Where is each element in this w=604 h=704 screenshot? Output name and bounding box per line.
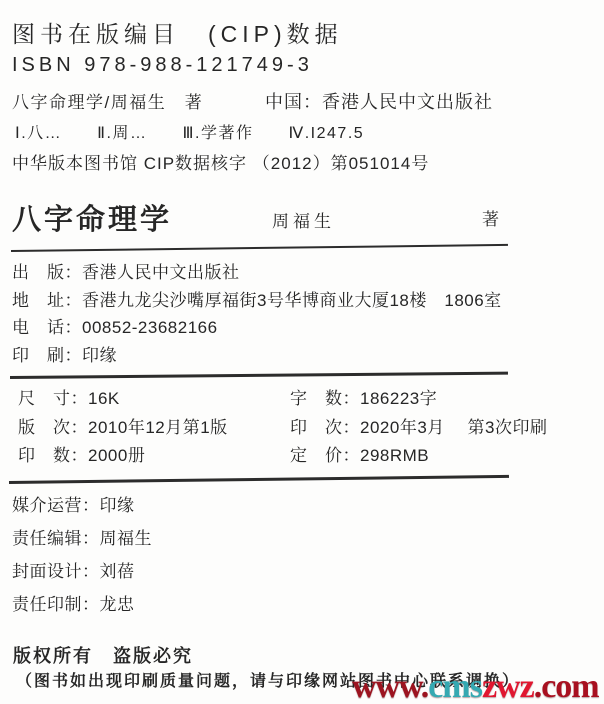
site-watermark: www.cmszwz.com <box>352 670 599 704</box>
cip-heading: 图书在版编目 (CIP)数据 <box>12 16 343 49</box>
watermark-segment: cms <box>428 668 482 704</box>
row-value: 186223字 <box>360 389 437 408</box>
row-label: 印 刷： <box>12 346 82 365</box>
row-value: 刘蓓 <box>100 562 135 581</box>
cip-book-line: 八字命理学/周福生 著 中国：香港人民中文出版社 <box>12 88 604 110</box>
size-row: 尺 寸：16K <box>18 385 228 414</box>
printer-row: 印 刷：印缘 <box>12 342 502 370</box>
print-supervisor-row: 责任印制：龙忠 <box>12 588 152 621</box>
copyright-notice: 版权所有 盗版必究 <box>13 642 193 668</box>
watermark-segment: .com <box>534 668 599 704</box>
row-label: 印 次： <box>290 418 360 437</box>
spec-left-column: 尺 寸：16K 版 次：2010年12月第1版 印 数：2000册 <box>18 385 228 471</box>
watermark-segment: www. <box>352 668 428 704</box>
row-label: 媒介运营： <box>12 496 100 515</box>
cip-book-origin: 中国：香港人民中文出版社 <box>265 88 493 114</box>
row-label: 责任印制： <box>12 595 100 614</box>
spec-bottom-rule <box>9 475 509 484</box>
cip-record-number: 中华版本图书馆 CIP数据核字 （2012）第051014号 <box>12 149 429 174</box>
row-value: 298RMB <box>360 446 429 465</box>
book-title: 八字命理学 <box>12 197 172 238</box>
row-label: 地 址： <box>12 291 82 310</box>
printing-row: 印 次：2020年3月 第3次印刷 <box>290 414 547 443</box>
staff-credits-block: 媒介运营：印缘 责任编辑：周福生 封面设计：刘蓓 责任印制：龙忠 <box>12 489 152 621</box>
row-value: 龙忠 <box>100 595 135 614</box>
print-run-row: 印 数：2000册 <box>18 442 228 471</box>
row-label: 定 价： <box>290 446 360 465</box>
media-operator-row: 媒介运营：印缘 <box>12 489 152 522</box>
author-role: 著 <box>482 205 499 230</box>
row-value: 00852-23682166 <box>82 318 218 337</box>
row-value: 2010年12月第1版 <box>88 418 228 437</box>
word-count-row: 字 数：186223字 <box>290 385 547 414</box>
watermark-segment: zwz <box>482 668 534 704</box>
row-label: 责任编辑： <box>12 529 100 548</box>
editor-row: 责任编辑：周福生 <box>12 522 152 555</box>
cover-designer-row: 封面设计：刘蓓 <box>12 555 152 588</box>
cip-book-title-author: 八字命理学/周福生 著 <box>12 93 203 112</box>
row-label: 出 版： <box>12 263 82 282</box>
book-copyright-page: 图书在版编目 (CIP)数据 ISBN 978-988-121749-3 八字命… <box>0 0 604 704</box>
row-label: 封面设计： <box>12 562 100 581</box>
spec-top-rule <box>10 372 508 379</box>
row-label: 电 话： <box>12 318 82 337</box>
edition-row: 版 次：2010年12月第1版 <box>18 414 228 443</box>
row-value: 香港九龙尖沙嘴厚福街3号华博商业大厦18楼 1806室 <box>82 291 502 310</box>
title-divider-rule <box>11 244 508 252</box>
isbn-number: ISBN 978-988-121749-3 <box>12 54 313 77</box>
title-row: 八字命理学 周福生 著 <box>12 197 604 237</box>
publisher-info-block: 出 版：香港人民中文出版社 地 址：香港九龙尖沙嘴厚福街3号华博商业大厦18楼 … <box>12 259 502 369</box>
publisher-row: 出 版：香港人民中文出版社 <box>12 259 502 287</box>
spec-right-column: 字 数：186223字 印 次：2020年3月 第3次印刷 定 价：298RMB <box>290 385 547 471</box>
row-label: 版 次： <box>18 418 88 437</box>
row-value: 印缘 <box>100 496 135 515</box>
cip-classification: Ⅰ.八… Ⅱ.周… Ⅲ.学著作 Ⅳ.I247.5 <box>15 120 364 143</box>
price-row: 定 价：298RMB <box>290 442 547 471</box>
row-value: 印缘 <box>82 346 117 365</box>
row-label: 尺 寸： <box>18 389 88 408</box>
row-value: 香港人民中文出版社 <box>82 263 240 282</box>
address-row: 地 址：香港九龙尖沙嘴厚福街3号华博商业大厦18楼 1806室 <box>12 287 502 315</box>
row-value: 2000册 <box>88 446 145 465</box>
row-label: 字 数： <box>290 389 360 408</box>
row-value: 周福生 <box>100 529 153 548</box>
row-value: 16K <box>88 389 120 408</box>
book-author: 周福生 <box>272 207 335 232</box>
row-value: 2020年3月 第3次印刷 <box>360 418 547 437</box>
phone-row: 电 话：00852-23682166 <box>12 314 502 342</box>
row-label: 印 数： <box>18 446 88 465</box>
